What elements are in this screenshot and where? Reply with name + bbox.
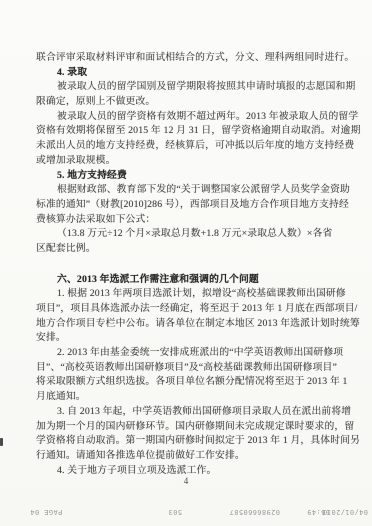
- text-line: 月底通知。: [36, 390, 354, 405]
- text-line: 3. 自 2013 年起，中学英语教师出国研修项目录取人员在派出前将增: [36, 405, 354, 420]
- text-line: 地方合作项目专栏中公布。请各单位在制定本地区 2013 年选派计划时统筹: [36, 317, 354, 332]
- text-line: 加为期一个月的国内研修环节。国内研修期间未完成规定课时要求的，留: [36, 420, 354, 435]
- text-line: 目”、“高校英语教师出国研修项目”及“高校基础课教师出国研修项目”: [36, 361, 354, 376]
- page-number: 4: [0, 476, 372, 486]
- text-line: 将采取限额方式组织选拔。各项目单位名额分配情况将至迟于 2013 年 1: [36, 375, 354, 390]
- text-line: 2. 2013 年由基金委统一安排成班派出的“中学英语教师出国研修项: [36, 346, 354, 361]
- text-line: 行通知。请通知各推选单位提前做好工作安排。: [36, 449, 354, 464]
- document-body: 联合评审采取材料评审和面试相结合的方式，分文、理科两组同时进行。4. 录取被录取…: [36, 51, 354, 478]
- text-line: 费核算办法采取如下公式：: [36, 213, 354, 228]
- text-line: 联合评审采取材料评审和面试相结合的方式，分文、理科两组同时进行。: [36, 51, 354, 66]
- fax-number: 02986660587: [229, 506, 280, 518]
- text-line: 5. 地方支持经费: [36, 169, 354, 184]
- text-line: 未派出人员的地方支持经费，经核算后，可冲抵以后年度的地方支持经费: [36, 139, 354, 154]
- text-line: 根据财政部、教育部下发的“关于调整国家公派留学人员奖学金资助: [36, 183, 354, 198]
- text-line: （13.8 万元÷12 个月×录取总月数+1.8 万元×录取总人数）×各省: [36, 227, 354, 242]
- fax-station-id: 503: [168, 506, 182, 518]
- document-page: 联合评审采取材料评审和面试相结合的方式，分文、理科两组同时进行。4. 录取被录取…: [0, 0, 372, 526]
- text-line: 六、2013 年选派工作需注意和强调的几个问题: [36, 273, 354, 288]
- text-line: 资格有效期将保留至 2015 年 12 月 31 日，留学资格逾期自动取消。对逾…: [36, 124, 354, 139]
- text-line: 或增加录取规模。: [36, 154, 354, 169]
- text-line: 标准的通知”（财教[2010]286 号），西部项目及地方合作项目地方支持经: [36, 198, 354, 213]
- text-line: 安排。: [36, 331, 354, 346]
- text-line: 被录取人员的留学国别及留学期限将按照其申请时填报的志愿国和期: [36, 80, 354, 95]
- fax-page-label: PAGE 04: [30, 506, 62, 518]
- text-line: 项目”，项目具体选派办法一经确定，将至迟于 2013 年 1 月底在西部项目/: [36, 302, 354, 317]
- text-line: 区配套比例。: [36, 242, 354, 257]
- text-line: 学资格将自动取消。第一期国内研修时间拟定于 2013 年 1 月，具体时间另: [36, 434, 354, 449]
- text-line: 1. 根据 2013 年两项目选派计划，拟增设“高校基础课教师出国研修: [36, 287, 354, 302]
- text-line: 被录取人员的留学资格有效期不超过两年。2013 年被录取人员的留学: [36, 110, 354, 125]
- fax-footer: 04/01/2013 06:49 02986660587 503 PAGE 04: [0, 506, 372, 518]
- text-line: 限确定，原则上不做更改。: [36, 95, 354, 110]
- text-line: 4. 录取: [36, 66, 354, 81]
- scan-artifact: [0, 438, 3, 446]
- fax-time: 06:49: [307, 506, 330, 518]
